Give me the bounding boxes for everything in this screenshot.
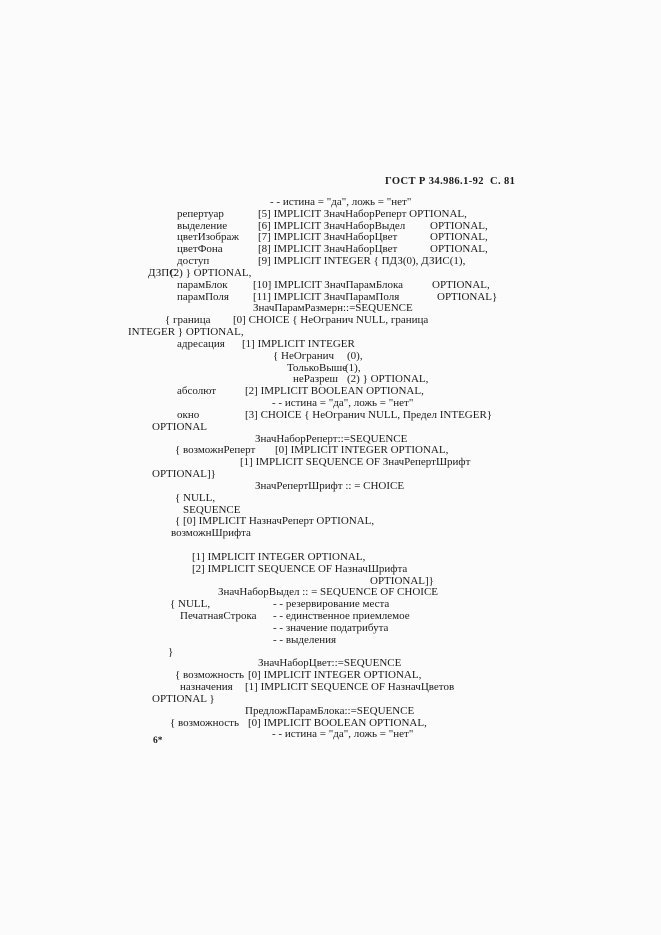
code-segment: (2) } OPTIONAL, xyxy=(170,268,251,280)
document-page: ГОСТ Р 34.986.1-92 С. 81 - - истина = "д… xyxy=(0,0,661,935)
code-line: { НеОгранич(0), xyxy=(0,351,661,363)
code-segment: - - выделения xyxy=(273,635,336,647)
code-line: ЗначРепертШрифт :: = CHOICE xyxy=(0,481,661,493)
code-line: { NULL, xyxy=(0,493,661,505)
code-segment: { НеОгранич xyxy=(273,351,334,363)
code-segment: OPTIONAL xyxy=(152,422,207,434)
code-line: { [0] IMPLICIT НазначРеперт OPTIONAL, xyxy=(0,516,661,528)
code-line: - - истина = "да", ложь = "нет" xyxy=(0,729,661,741)
signature-mark: 6* xyxy=(153,736,163,746)
code-segment: [2] IMPLICIT SEQUENCE OF НазначШрифта xyxy=(192,564,407,576)
code-line: - - выделения xyxy=(0,635,661,647)
code-segment: [1] IMPLICIT INTEGER xyxy=(242,339,355,351)
code-segment: [3] CHOICE { НеОгранич NULL, Предел INTE… xyxy=(245,410,492,422)
code-segment: парамБлок xyxy=(177,280,228,292)
code-segment: ЗначРепертШрифт :: = CHOICE xyxy=(255,481,404,493)
code-segment: OPTIONAL, xyxy=(432,280,490,292)
code-line: возможнШрифта xyxy=(0,528,661,540)
code-segment: [1] IMPLICIT SEQUENCE OF НазначЦветов xyxy=(245,682,454,694)
code-segment: репертуар xyxy=(177,209,224,221)
code-segment: ПечатнаяСтрока xyxy=(180,611,257,623)
code-segment: [0] CHOICE { НеОгранич NULL, граница xyxy=(233,315,428,327)
code-segment: [1] IMPLICIT SEQUENCE OF ЗначРепертШрифт xyxy=(240,457,470,469)
code-segment: [1] IMPLICIT INTEGER OPTIONAL, xyxy=(192,552,365,564)
code-segment: { возможность xyxy=(170,718,239,730)
code-segment: OPTIONAL]} xyxy=(152,469,216,481)
code-line: OPTIONAL xyxy=(0,422,661,434)
code-line: [1] IMPLICIT SEQUENCE OF ЗначРепертШрифт xyxy=(0,457,661,469)
code-segment: [5] IMPLICIT ЗначНаборРеперт OPTIONAL, xyxy=(258,209,467,221)
code-segment: окно xyxy=(177,410,199,422)
code-segment: [10] IMPLICIT ЗначПарамБлока xyxy=(253,280,403,292)
code-segment: абсолют xyxy=(177,386,216,398)
code-segment: возможнШрифта xyxy=(171,528,251,540)
code-segment: - - значение податрибута xyxy=(273,623,388,635)
code-segment: OPTIONAL } xyxy=(152,694,215,706)
code-segment: [9] IMPLICIT INTEGER { ПДЗ(0), ДЗИС(1), xyxy=(258,256,465,268)
code-segment: { NULL, xyxy=(175,493,215,505)
code-segment: OPTIONAL} xyxy=(437,292,497,304)
code-line: ПредложПарамБлока::=SEQUENCE xyxy=(0,706,661,718)
code-segment: ПредложПарамБлока::=SEQUENCE xyxy=(245,706,414,718)
code-segment: парамПоля xyxy=(177,292,229,304)
code-line: назначения[1] IMPLICIT SEQUENCE OF Назна… xyxy=(0,682,661,694)
code-line: { граница[0] CHOICE { НеОгранич NULL, гр… xyxy=(0,315,661,327)
document-body: - - истина = "да", ложь = "нет"репертуар… xyxy=(0,0,661,935)
code-segment: (0), xyxy=(347,351,363,363)
code-line: доступ[9] IMPLICIT INTEGER { ПДЗ(0), ДЗИ… xyxy=(0,256,661,268)
code-segment: - - истина = "да", ложь = "нет" xyxy=(272,729,413,741)
code-segment: адресация xyxy=(177,339,225,351)
code-line: парамБлок[10] IMPLICIT ЗначПарамБлокаOPT… xyxy=(0,280,661,292)
code-line: окно[3] CHOICE { НеОгранич NULL, Предел … xyxy=(0,410,661,422)
code-segment: } xyxy=(168,647,173,659)
code-line: [2] IMPLICIT SEQUENCE OF НазначШрифта xyxy=(0,564,661,576)
